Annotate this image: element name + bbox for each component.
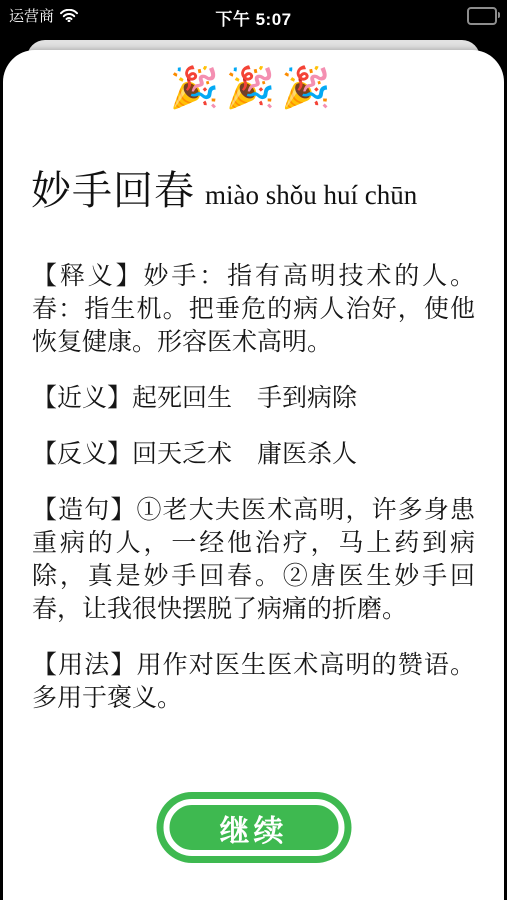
battery-icon [467, 7, 497, 25]
section-text: 回天乏术 庸医杀人 [132, 441, 357, 468]
section-label: 【释义】 [32, 263, 143, 290]
status-bar-time: 下午 5:07 [0, 5, 507, 30]
section-label: 【用法】 [32, 652, 137, 679]
idiom-title: 妙手回春 [31, 168, 195, 213]
continue-button[interactable]: 继续 [163, 799, 344, 856]
status-bar-right [467, 7, 497, 25]
section-label: 【反义】 [32, 441, 132, 468]
section-antonyms: 【反义】回天乏术 庸医杀人 [32, 438, 475, 471]
battery-nub [498, 12, 501, 18]
section-label: 【造句】 [32, 497, 137, 524]
status-bar: 运营商 下午 5:07 [0, 0, 507, 34]
idiom-pinyin: miào shǒu huí chūn [205, 180, 417, 210]
celebration-emojis: 🎉🎉🎉 [3, 64, 504, 112]
section-synonyms: 【近义】起死回生 手到病除 [32, 382, 475, 415]
section-definition: 【释义】妙手：指有高明技术的人。春：指生机。把垂危的病人治好，使他恢复健康。形容… [32, 260, 475, 359]
section-usage: 【用法】用作对医生医术高明的赞语。多用于褒义。 [32, 649, 475, 715]
idiom-sections: 【释义】妙手：指有高明技术的人。春：指生机。把垂危的病人治好，使他恢复健康。形容… [32, 260, 475, 715]
section-label: 【近义】 [32, 385, 132, 412]
flashcard: 🎉🎉🎉 妙手回春miào shǒu huí chūn 【释义】妙手：指有高明技术… [3, 50, 504, 900]
section-example-sentences: 【造句】①老大夫医术高明，许多身患重病的人，一经他治疗，马上药到病除，真是妙手回… [32, 494, 475, 626]
idiom-title-row: 妙手回春miào shǒu huí chūn [31, 159, 476, 216]
section-text: 起死回生 手到病除 [132, 385, 357, 412]
